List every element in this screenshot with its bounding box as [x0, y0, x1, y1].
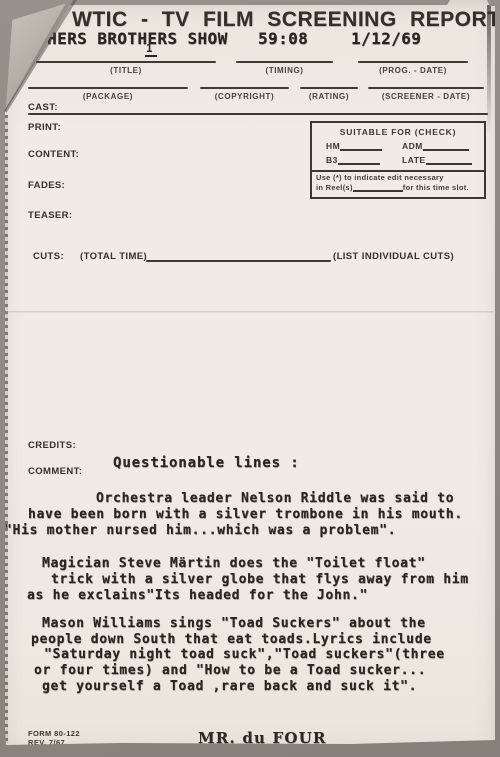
comment-line: Magician Steve Märtin does the "Toilet f…	[42, 556, 426, 571]
timing-field-label: (TIMING)	[236, 66, 333, 75]
cast-line	[28, 113, 488, 115]
package-field-label: (PACKAGE)	[28, 92, 188, 101]
comment-label: COMMENT:	[28, 466, 82, 477]
total-time-line	[146, 260, 331, 262]
rating-field-line	[300, 87, 358, 89]
title-field-line	[36, 61, 216, 63]
reels-blank-line	[353, 183, 403, 192]
comment-line: "His mother nursed him...which was a pro…	[4, 523, 396, 538]
adm-blank-line	[423, 142, 469, 151]
cuts-label: CUTS:	[33, 251, 64, 262]
fades-label: FADES:	[28, 180, 65, 191]
title-field-label: (TITLE)	[36, 66, 216, 75]
comment-line: as he exclains"Its headed for the John."	[27, 588, 368, 603]
typed-timing-value: 59:08	[258, 29, 308, 48]
content-label: CONTENT:	[28, 149, 79, 160]
cast-label: CAST:	[28, 102, 58, 113]
scanned-report-sheet: WTIC - TV FILM SCREENING REPORT THERS BR…	[0, 0, 500, 757]
prog-date-field-line	[358, 61, 468, 63]
prog-date-field-label: (PROG. - DATE)	[358, 66, 468, 75]
form-revision: REV. 7/67	[28, 738, 65, 747]
copyright-field-line	[200, 87, 289, 89]
late-blank-line	[426, 156, 472, 165]
comment-line: "Saturday night toad suck","Toad suckers…	[44, 647, 445, 662]
scan-edge-right	[487, 5, 491, 135]
late-field: LATE	[402, 155, 478, 165]
typed-prog-date-value: 1/12/69	[351, 29, 421, 48]
hm-blank-line	[340, 142, 382, 151]
suitable-for-title: SUITABLE FOR (CHECK)	[312, 127, 484, 137]
total-time-label: (TOTAL TIME)	[80, 251, 147, 262]
typed-stray-mark: 1	[145, 42, 157, 57]
comment-line: or four times) and "How to be a Toad suc…	[34, 663, 426, 678]
credits-label: CREDITS:	[28, 440, 76, 451]
suitable-for-box: SUITABLE FOR (CHECK) HM ADM B3 LATE Use …	[310, 121, 486, 199]
adm-field: ADM	[402, 141, 478, 151]
timing-field-line	[236, 61, 333, 63]
hm-field: HM	[326, 141, 402, 151]
typed-show-title: THERS BROTHERS SHOW	[37, 29, 228, 48]
paper-crease	[6, 310, 494, 313]
rating-field-label: (RATING)	[300, 92, 358, 101]
copyright-field-label: (COPYRIGHT)	[200, 92, 289, 101]
form-number: FORM 80-122	[28, 729, 80, 738]
comment-line: people down South that eat toads.Lyrics …	[31, 632, 432, 647]
comment-line: trick with a silver globe that flys away…	[51, 572, 469, 587]
teaser-label: TEASER:	[28, 210, 73, 221]
edit-note-line2: in Reel(s)for this time slot.	[312, 182, 484, 192]
edit-note-line1: Use (*) to indicate edit necessary	[312, 172, 484, 182]
print-label: PRINT:	[28, 122, 61, 133]
comment-line: Orchestra leader Nelson Riddle was said …	[96, 491, 454, 506]
package-field-line	[28, 87, 188, 89]
comment-heading: Questionable lines :	[113, 455, 300, 471]
comment-line: have been born with a silver trombone in…	[28, 507, 463, 522]
screener-date-field-label: (SCREENER - DATE)	[368, 92, 484, 101]
list-cuts-label: (LIST INDIVIDUAL CUTS)	[333, 251, 454, 262]
b3-blank-line	[338, 156, 380, 165]
comment-line: get yourself a Toad ,rare back and suck …	[42, 679, 417, 694]
screener-name: MR. du FOUR	[198, 729, 327, 747]
scan-edge-left	[5, 115, 8, 743]
comment-line: Mason Williams sings "Toad Suckers" abou…	[42, 616, 426, 631]
b3-field: B3	[326, 155, 402, 165]
screener-date-field-line	[368, 87, 484, 89]
